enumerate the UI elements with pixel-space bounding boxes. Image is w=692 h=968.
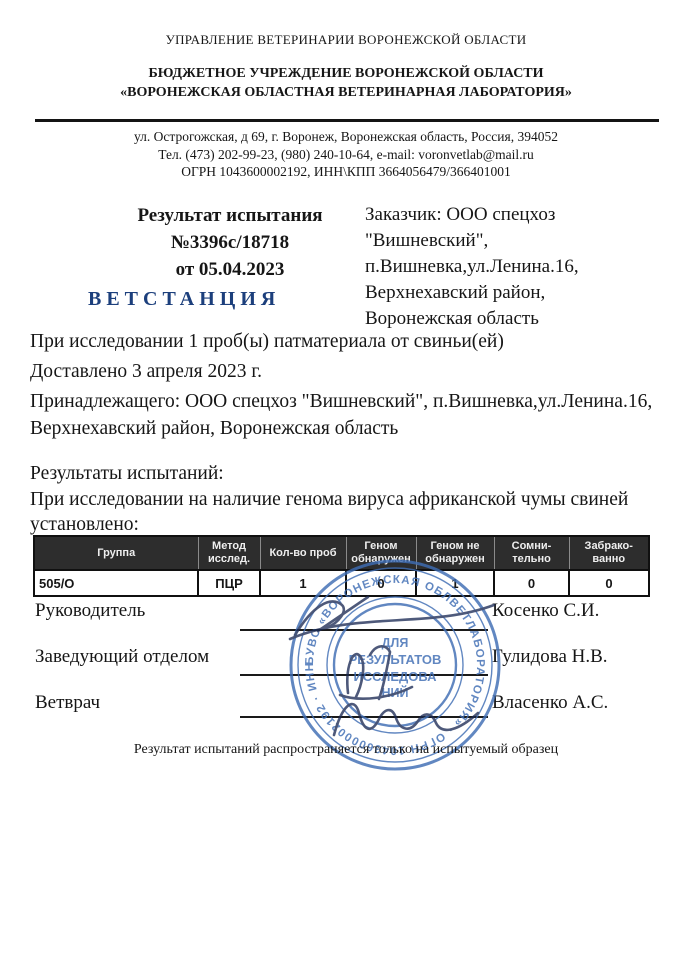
body-paragraph-results-label: Результаты испытаний:: [30, 460, 666, 487]
customer-block: Заказчик: ООО спецхоз "Вишневский", п.Ви…: [365, 202, 665, 332]
cell-rejected: 0: [569, 570, 649, 596]
phone-email-line: Тел. (473) 202-99-23, (980) 240-10-64, e…: [0, 146, 692, 164]
footer-note: Результат испытаний распространяется тол…: [0, 742, 692, 758]
result-date: от 05.04.2023: [65, 256, 395, 283]
body-paragraph-samples: При исследовании 1 проб(ы) патматериала …: [30, 328, 666, 355]
org-name-line2: «ВОРОНЕЖСКАЯ ОБЛАСТНАЯ ВЕТЕРИНАРНАЯ ЛАБО…: [0, 83, 692, 102]
table-header-group: Группа: [34, 536, 198, 570]
cell-group: 505/О: [34, 570, 198, 596]
table-header-rejected: Забрако- ванно: [569, 536, 649, 570]
customer-line: п.Вишневка,ул.Ленина.16,: [365, 254, 665, 280]
org-name-main: БЮДЖЕТНОЕ УЧРЕЖДЕНИЕ ВОРОНЕЖСКОЙ ОБЛАСТИ…: [0, 64, 692, 102]
address-line: ул. Острогожская, д 69, г. Воронеж, Воро…: [0, 128, 692, 146]
contact-block: ул. Острогожская, д 69, г. Воронеж, Воро…: [0, 128, 692, 181]
customer-line: "Вишневский",: [365, 228, 665, 254]
result-header-block: Результат испытания №3396с/18718 от 05.0…: [65, 202, 395, 283]
org-name-top: УПРАВЛЕНИЕ ВЕТЕРИНАРИИ ВОРОНЕЖСКОЙ ОБЛАС…: [0, 32, 692, 48]
org-name-line1: БЮДЖЕТНОЕ УЧРЕЖДЕНИЕ ВОРОНЕЖСКОЙ ОБЛАСТИ: [0, 64, 692, 83]
customer-line: Заказчик: ООО спецхоз: [365, 202, 665, 228]
signature-role: Руководитель: [35, 600, 145, 622]
vetstation-stamp-text: ВЕТСТАНЦИЯ: [88, 288, 280, 311]
header-divider-rule: [35, 119, 659, 122]
body-paragraph-delivered: Доставлено 3 апреля 2023 г.: [30, 358, 666, 385]
reg-numbers-line: ОГРН 1043600002192, ИНН\КПП 3664056479/3…: [0, 163, 692, 181]
signature-role: Ветврач: [35, 692, 100, 714]
stamp-center-text: ИССЛЕДОВА: [353, 669, 437, 684]
scanned-document: УПРАВЛЕНИЕ ВЕТЕРИНАРИИ ВОРОНЕЖСКОЙ ОБЛАС…: [0, 0, 692, 968]
body-paragraph-asf-test: При исследовании на наличие генома вирус…: [30, 487, 666, 537]
result-number: №3396с/18718: [65, 229, 395, 256]
customer-line: Верхнехавский район,: [365, 280, 665, 306]
signature-role: Заведующий отделом: [35, 646, 209, 668]
result-title: Результат испытания: [65, 202, 395, 229]
round-stamp: БУВО «ВОРОНЕЖСКАЯ ОБЛВЕТЛАБОРАТОРИЯ» · О…: [250, 545, 570, 815]
body-paragraph-owner: Принадлежащего: ООО спецхоз "Вишневский"…: [30, 388, 666, 442]
